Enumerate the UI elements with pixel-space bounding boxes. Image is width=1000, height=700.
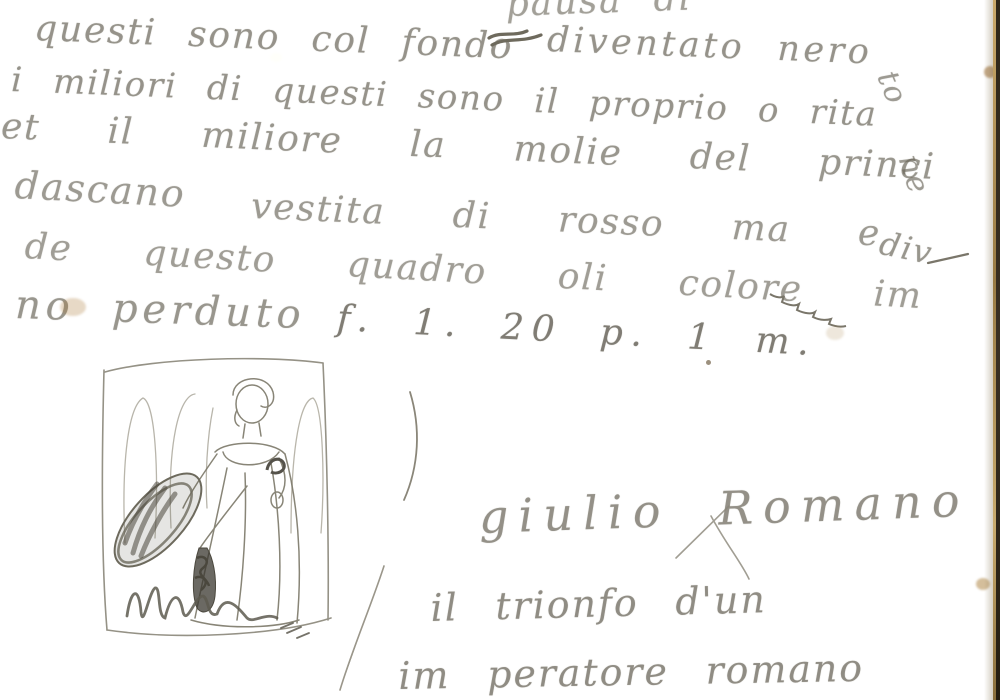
parenthesis-stroke [404, 392, 417, 500]
slash-stroke [340, 566, 384, 690]
pencil-marks-overlay [0, 0, 1000, 700]
dash-mark [928, 254, 968, 263]
manuscript-page: pausa di questi sono col fondo diventato… [0, 0, 1000, 700]
ink-speck [706, 360, 711, 365]
r-flourish [676, 506, 749, 579]
page-edge-shadow [984, 0, 993, 700]
paper-flaw-speck [270, 53, 282, 62]
squiggle-mark [770, 294, 846, 327]
foxing-stain [60, 298, 86, 316]
foxing-stain [826, 326, 844, 340]
page-edge-dark [996, 0, 1000, 700]
strikethrough-scribble [489, 31, 541, 45]
